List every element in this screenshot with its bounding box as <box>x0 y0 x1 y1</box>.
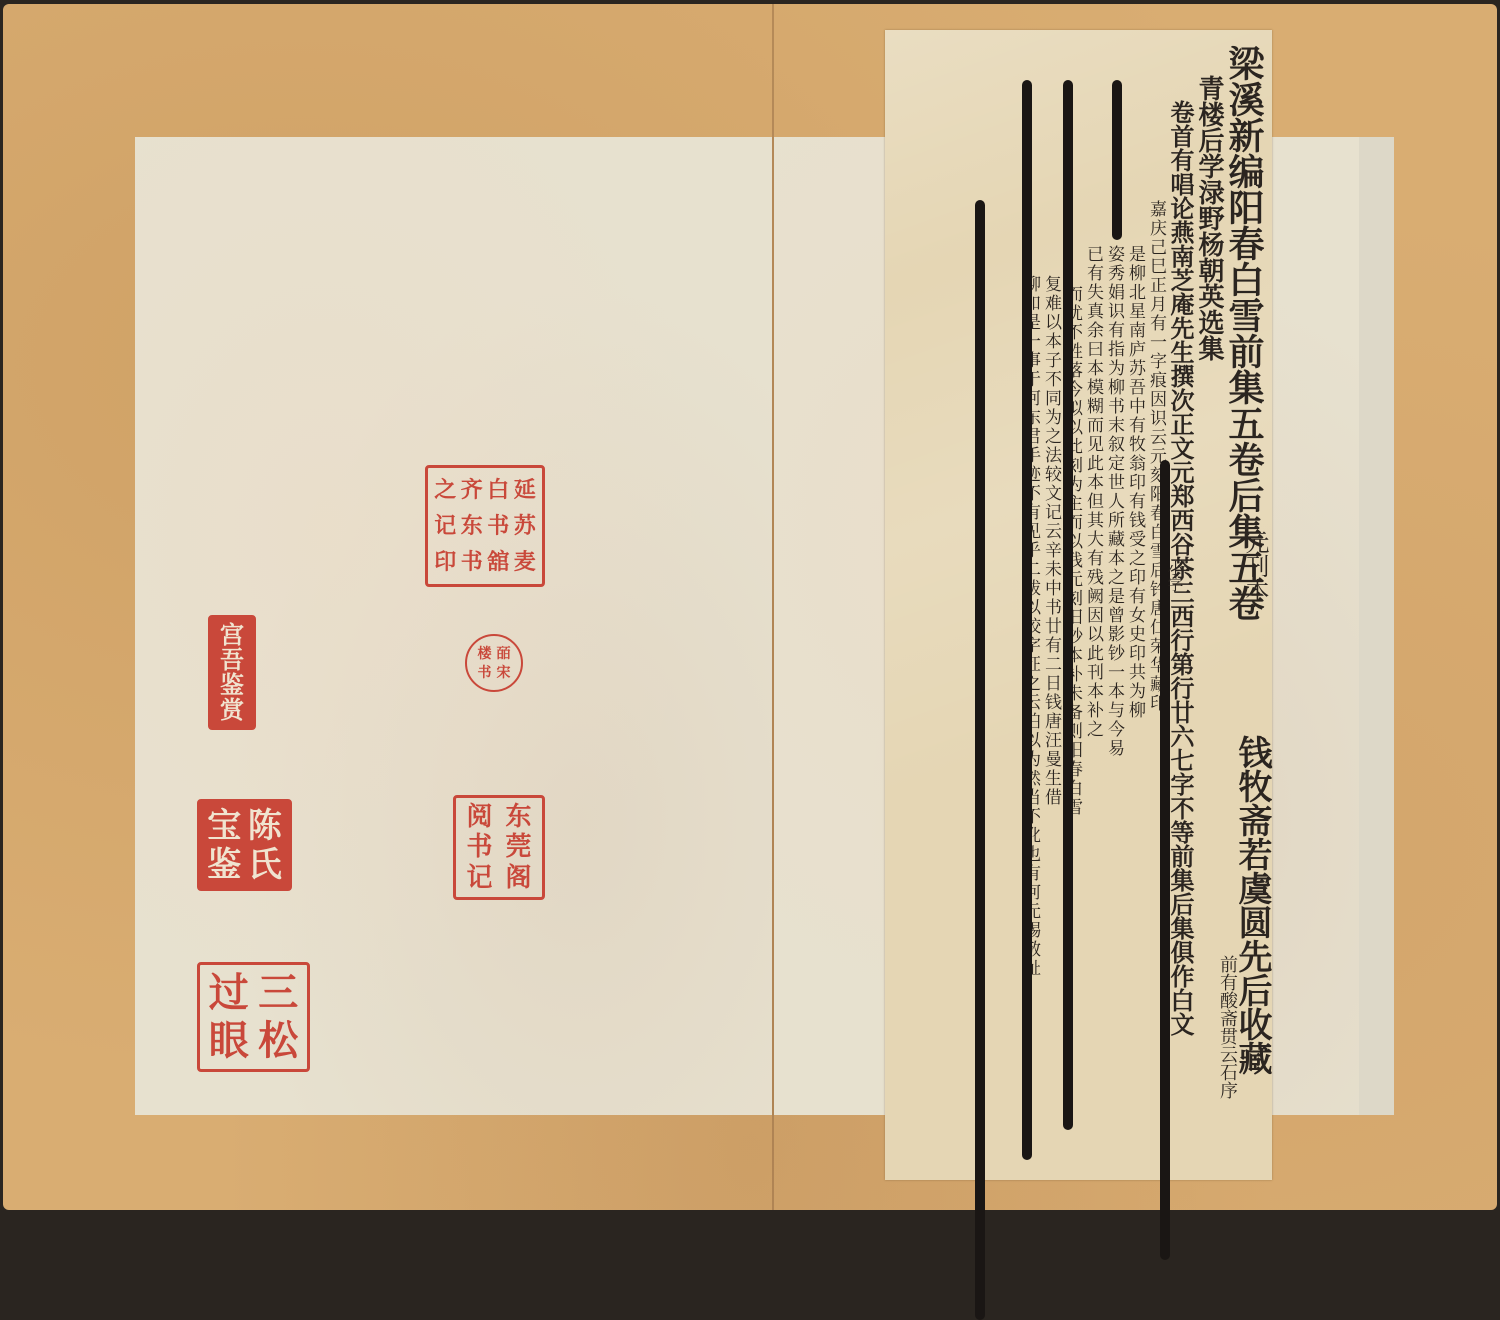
note-contents-line: 卷首有唱论燕南芝庵先生撰次正文元郑西谷茶三西行第行廿六七字不等前集后集俱作白文 <box>1168 45 1192 1165</box>
seal-char: 书 <box>461 551 483 573</box>
seal-char: 吾 <box>220 648 244 672</box>
seal-char: 阅 <box>466 804 492 830</box>
seal-char: 鉴 <box>220 673 244 697</box>
preface-annotation: 前有酸斋贯云石序 <box>1218 955 1236 1099</box>
seal-char: 阁 <box>505 865 531 891</box>
seal-char: 书 <box>466 834 492 860</box>
collector-seal-square-filled: 陈氏 宝鉴 <box>197 799 292 891</box>
seal-char: 书 <box>478 666 492 680</box>
collector-seal-round: 皕宋 楼书 <box>465 634 523 692</box>
ink-strikethrough <box>1063 80 1073 1130</box>
seal-char: 白 <box>487 479 509 501</box>
seal-char: 书 <box>487 515 509 537</box>
seal-char: 舘 <box>487 551 509 573</box>
seal-char: 赏 <box>220 698 244 722</box>
note-body-line: 复难以本子不同为之法较文记云辛未中书廿有二日钱唐汪曼生借 <box>1042 45 1059 1165</box>
collector-seal-large-square: 延苏麦 白书舘 齐东书 之记印 <box>425 465 545 587</box>
seal-char: 齐 <box>461 479 483 501</box>
annotation-columns: 梁溪新编阳春白雪前集五卷后集五卷 青楼后学渌野杨朝英选集 卷首有唱论燕南芝庵先生… <box>893 45 1262 1165</box>
seal-char: 之 <box>434 479 456 501</box>
seal-char: 楼 <box>478 647 492 661</box>
edition-annotation: 元刊本 <box>1243 530 1267 602</box>
seal-char: 宋 <box>497 666 511 680</box>
seal-char: 松 <box>258 1021 298 1061</box>
seal-char: 鉴 <box>207 848 241 882</box>
seal-char: 三 <box>258 973 298 1013</box>
ink-strikethrough <box>975 200 985 1214</box>
seal-char: 皕 <box>497 647 511 661</box>
seal-char: 过 <box>209 973 249 1013</box>
seal-char: 宫 <box>220 623 244 647</box>
ink-strikethrough <box>1112 80 1122 240</box>
collector-seal-square-outline: 东莞阁 阅书记 <box>453 795 545 900</box>
seal-char: 宝 <box>207 809 241 843</box>
seal-char: 东 <box>461 515 483 537</box>
small-print-annotation: 小字 <box>1166 560 1182 592</box>
note-body-line: 是柳北星南庐苏吾中有牧翁印有钱受之印有女史印共为柳 <box>1126 45 1143 1165</box>
collector-seal-tall-rect: 宫吾鉴赏 <box>208 615 256 730</box>
seal-char: 苏 <box>514 515 536 537</box>
left-page: 延苏麦 白书舘 齐东书 之记印 皕宋 楼书 宫吾鉴赏 陈氏 宝鉴 东莞阁 阅书记… <box>135 137 772 1115</box>
seal-char: 印 <box>434 551 456 573</box>
handwritten-annotation-slip: 梁溪新编阳春白雪前集五卷后集五卷 青楼后学渌野杨朝英选集 卷首有唱论燕南芝庵先生… <box>885 30 1272 1180</box>
ink-strikethrough <box>1022 80 1032 1160</box>
seal-char: 东 <box>505 804 531 830</box>
seal-char: 延 <box>514 479 536 501</box>
note-body-line: 已有失真余曰本模糊而见此本但其大有残阙因以此刊本补之 <box>1084 45 1101 1165</box>
seal-char: 记 <box>466 865 492 891</box>
seal-char: 陈 <box>248 809 282 843</box>
page-edge <box>1359 137 1394 1115</box>
seal-char: 记 <box>434 515 456 537</box>
collector-seal-bottom-square: 三松 过眼 <box>197 962 310 1072</box>
seal-char: 眼 <box>209 1021 249 1061</box>
seal-char: 氏 <box>248 848 282 882</box>
seal-char: 莞 <box>505 834 531 860</box>
collector-signature: 钱牧斋若虞圆先后收藏 <box>1235 735 1269 1075</box>
seal-char: 麦 <box>514 551 536 573</box>
